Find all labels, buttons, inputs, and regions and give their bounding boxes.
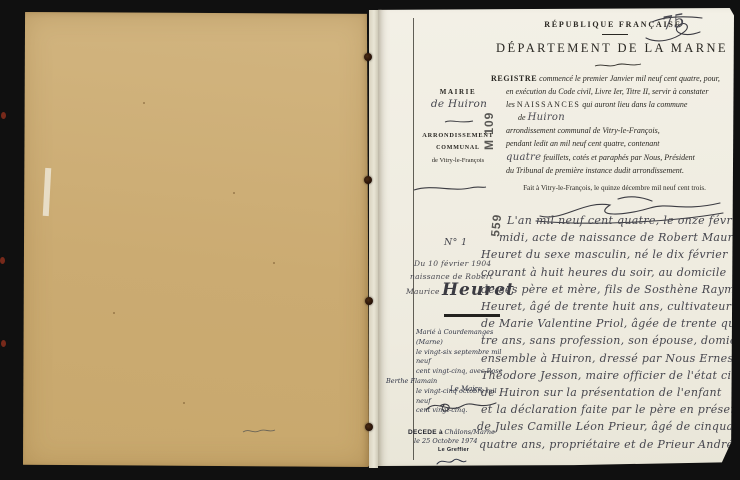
binding-hole [364, 176, 372, 184]
act-number: N° 1 [444, 237, 467, 248]
act-line: Heuret du sexe masculin, né le dix févri… [481, 246, 739, 263]
page-edge-sliver [369, 10, 378, 468]
binding-hole [365, 297, 373, 305]
binding-hole [365, 423, 373, 431]
registre-line: pendant ledit an mil neuf cent quatre, c… [491, 137, 738, 150]
paraph-number: 75 [660, 10, 686, 35]
sheet-count-handwritten-insert: quatre [506, 152, 541, 163]
paper-speck [233, 192, 235, 194]
registre-word: REGISTRE [491, 74, 537, 83]
act-line: de ses père et mère, fils de Sosthène Ra… [481, 281, 739, 298]
registre-line-text: de [518, 113, 526, 122]
scan-artifact-speck [1, 340, 6, 347]
commune-handwritten-insert: Huiron [528, 112, 565, 123]
decede-stamp-text: DECEDE à [408, 429, 443, 436]
register-title-page: RÉPUBLIQUE FRANÇAISE DÉPARTEMENT DE LA M… [378, 8, 734, 466]
pencil-mark [241, 426, 277, 436]
registre-line: en exécution du Code civil, Livre Ier, T… [491, 85, 738, 98]
registre-line: les NAISSANCES qui auront lieu dans la c… [491, 98, 738, 111]
act-margin-firstname: Maurice [406, 287, 440, 296]
archival-scan-background: RÉPUBLIQUE FRANÇAISE DÉPARTEMENT DE LA M… [0, 0, 740, 480]
naissances-word: NAISSANCES [517, 100, 580, 109]
act-line: Théodore Jesson, maire officier de l'éta… [481, 367, 739, 384]
binding-hole [364, 53, 372, 61]
act-line: L'an mil neuf cent quatre, le onze févri… [481, 212, 739, 229]
registre-line-text: les [506, 100, 515, 109]
act-margin-date: Du 10 février 1904 [414, 259, 492, 268]
mayor-signoff: Le Maire, [450, 385, 484, 393]
margin-flourish [412, 182, 488, 194]
mairie-dash [444, 118, 474, 125]
act-line: quatre ans, propriétaire et de Prieur An… [479, 436, 739, 453]
registre-line: arrondissement communal de Vitry-le-Fran… [491, 124, 738, 137]
mairie-label: MAIRIE [422, 88, 494, 96]
registre-line-text: commencé le premier Janvier mil neuf cen… [539, 74, 720, 83]
registre-line: REGISTRE commencé le premier Janvier mil… [491, 72, 738, 85]
greffier-signature [434, 455, 468, 468]
act-line: ensemble à Huiron, dressé par Nous Ernes… [481, 350, 739, 367]
act-line: midi, acte de naissance de Robert Mauric… [481, 229, 739, 246]
registre-line-text: feuillets, cotés et paraphés par Nous, P… [543, 153, 695, 162]
birth-act-text: L'an mil neuf cent quatre, le onze févri… [481, 212, 739, 453]
paper-speck [183, 402, 185, 404]
registre-line: quatre feuillets, cotés et paraphés par … [491, 151, 738, 164]
act-line: tre ans, sans profession, son épouse, do… [481, 332, 739, 349]
act-line: de Marie Valentine Priol, âgée de trente… [481, 315, 739, 332]
department-flourish [594, 61, 642, 69]
act-line: Heuret, âgé de trente huit ans, cultivat… [481, 298, 739, 315]
act-line: et la déclaration faite par le père en p… [481, 401, 739, 418]
paraph-mark: 75 [640, 10, 710, 50]
registre-line: de Huiron [491, 111, 738, 124]
register-cover-page [23, 12, 369, 467]
paper-speck [143, 102, 145, 104]
heading-rule [602, 34, 628, 35]
act-line: de Jules Camille Léon Prieur, âgé de cin… [477, 418, 739, 435]
paper-speck [273, 262, 275, 264]
act-line: courant à huit heures du soir, au domici… [481, 264, 739, 281]
registre-paragraph: REGISTRE commencé le premier Janvier mil… [491, 72, 738, 177]
paper-speck [113, 312, 115, 314]
registre-line: du Tribunal de première instance dudit a… [491, 164, 738, 177]
scan-artifact-speck [0, 257, 5, 264]
act-line: de Huiron sur la présentation de l'enfan… [481, 384, 739, 401]
closing-attestation: Fait à Vitry-le-François, le quinze déce… [491, 184, 738, 192]
registre-line-text: qui auront lieu dans la commune [582, 100, 687, 109]
scan-artifact-speck [1, 112, 6, 119]
